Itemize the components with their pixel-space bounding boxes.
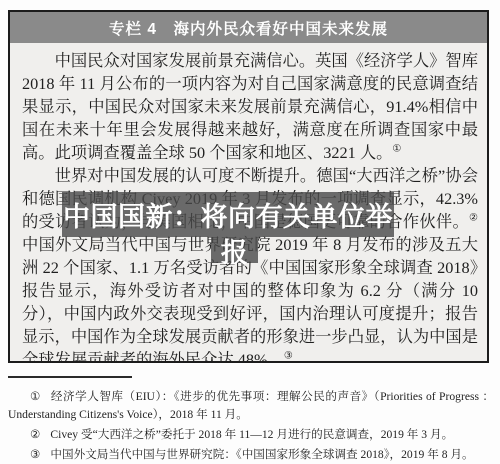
footnote-text: Civey 受“大西洋之桥”委托于 2018 年 11—12 月进行的民意调查，…: [50, 428, 453, 441]
column-box: 专栏 4 海内外民众看好中国未来发展 中国民众对国家发展前景充满信心。英国《经济…: [8, 10, 489, 363]
footnote-marker: ①: [30, 390, 41, 403]
footnote: ①经济学人智库（EIU）：《进步的优先事项：理解公民的声音》（Prioritie…: [8, 388, 494, 424]
footnote: ②Civey 受“大西洋之桥”委托于 2018 年 11—12 月进行的民意调查…: [8, 426, 494, 444]
footnotes-block: ①经济学人智库（EIU）：《进步的优先事项：理解公民的声音》（Prioritie…: [8, 388, 494, 464]
headline-overlay-line2: 报: [211, 237, 258, 263]
column-header-bar: 专栏 4 海内外民众看好中国未来发展: [10, 12, 487, 43]
document-page: 专栏 4 海内外民众看好中国未来发展 中国民众对国家发展前景充满信心。英国《经济…: [0, 0, 500, 464]
footnote-marker: ②: [30, 428, 40, 441]
paragraph: 中国民众对国家发展前景充满信心。英国《经济学人》智库 2018 年 11 月公布…: [22, 49, 478, 164]
footnote-ref: ①: [392, 144, 401, 155]
footnote: ③中国外文局当代中国与世界研究院：《中国国家形象全球调查 2018》，2019 …: [8, 446, 494, 464]
column-title: 专栏 4 海内外民众看好中国未来发展: [109, 17, 388, 39]
footnote-separator: [8, 376, 132, 378]
footnote-marker: ③: [30, 448, 40, 461]
footnote-text: 中国外文局当代中国与世界研究院：《中国国家形象全球调查 2018》，2019 年…: [50, 448, 473, 461]
footnote-text: 经济学人智库（EIU）：《进步的优先事项：理解公民的声音》（Priorities…: [8, 390, 494, 421]
footnote-ref: ③: [284, 351, 293, 362]
footnote-ref: ②: [469, 213, 478, 224]
